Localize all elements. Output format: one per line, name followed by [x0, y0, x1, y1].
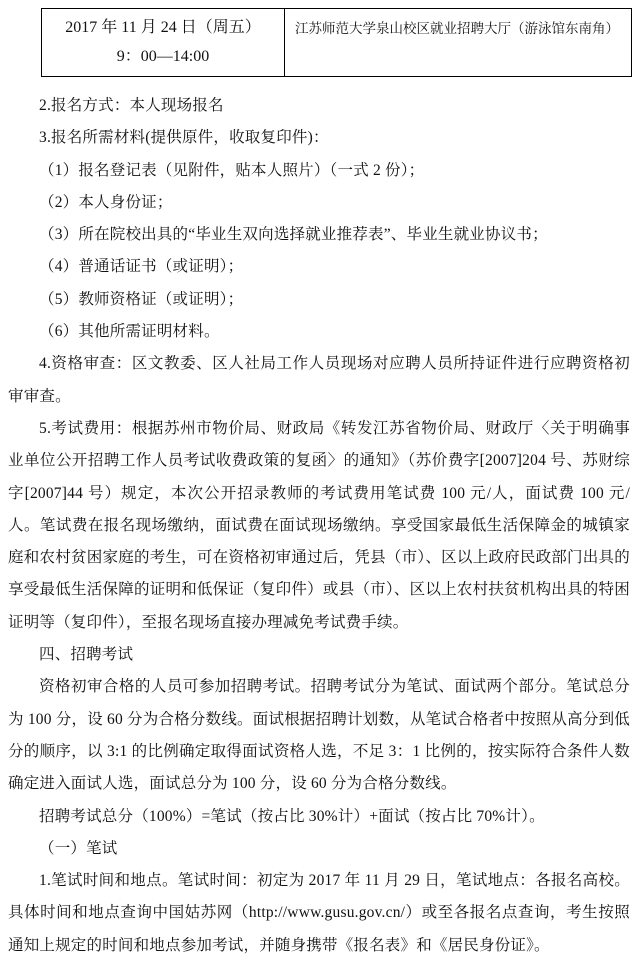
list-item-registration-form: （1）报名登记表（见附件，贴本人照片）（一式 2 份）；: [8, 155, 630, 187]
paragraph-qualification-review: 4.资格审查：区文教委、区人社局工作人员现场对应聘人员所持证件进行应聘资格初审审…: [8, 348, 630, 413]
document-body: 2.报名方式：本人现场报名 3.报名所需材料(提供原件，收取复印件)： （1）报…: [8, 90, 630, 957]
paragraph-written-exam-details: 1.笔试时间和地点。笔试时间：初定为 2017 年 11 月 29 日，笔试地点…: [8, 865, 630, 957]
schedule-location: 江苏师范大学泉山校区就业招聘大厅（游泳馆东南角）: [295, 20, 625, 37]
schedule-datetime-cell: 2017 年 11 月 24 日（周五） 9：00—14:00: [42, 9, 285, 77]
paragraph-exam-structure: 资格初审合格的人员可参加招聘考试。招聘考试分为笔试、面试两个部分。笔试总分为 1…: [8, 671, 630, 800]
heading-written-exam: （一）笔试: [8, 833, 630, 865]
paragraph-exam-fee: 5.考试费用：根据苏州市物价局、财政局《转发江苏省物价局、财政厅〈关于明确事业单…: [8, 413, 630, 639]
list-item-other-materials: （6）其他所需证明材料。: [8, 316, 630, 348]
paragraph-score-formula: 招聘考试总分（100%）=笔试（按占比 30%计）+面试（按占比 70%计）。: [8, 801, 630, 833]
schedule-location-cell: 江苏师范大学泉山校区就业招聘大厅（游泳馆东南角）: [285, 9, 632, 77]
schedule-date: 2017 年 11 月 24 日（周五）: [44, 13, 282, 42]
paragraph-materials-heading: 3.报名所需材料(提供原件，收取复印件)：: [8, 122, 630, 154]
schedule-row: 2017 年 11 月 24 日（周五） 9：00—14:00 江苏师范大学泉山…: [42, 9, 632, 77]
list-item-putonghua-certificate: （4）普通话证书（或证明）；: [8, 251, 630, 283]
list-item-teacher-certificate: （5）教师资格证（或证明）；: [8, 284, 630, 316]
list-item-recommendation-form: （3）所在院校出具的“毕业生双向选择就业推荐表”、毕业生就业协议书；: [8, 219, 630, 251]
paragraph-registration-method: 2.报名方式：本人现场报名: [8, 90, 630, 122]
schedule-time: 9：00—14:00: [44, 42, 282, 71]
document-page: { "colors": { "background": "#ffffff", "…: [0, 0, 638, 957]
list-item-id-card: （2）本人身份证；: [8, 187, 630, 219]
heading-recruitment-exam: 四、招聘考试: [8, 639, 630, 671]
page: 2017 年 11 月 24 日（周五） 9：00—14:00 江苏师范大学泉山…: [0, 0, 638, 957]
schedule-table: 2017 年 11 月 24 日（周五） 9：00—14:00 江苏师范大学泉山…: [41, 8, 632, 77]
